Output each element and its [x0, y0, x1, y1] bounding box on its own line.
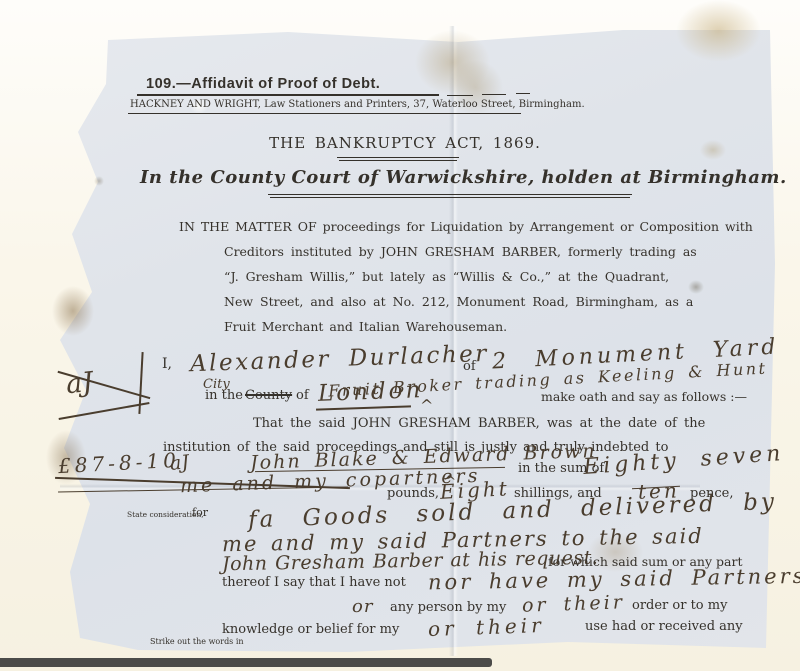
form-number-title: 109.—Affidavit of Proof of Debt.: [146, 76, 380, 92]
header-dash: [447, 95, 473, 96]
footnote-strike-out: Strike out the words in: [150, 637, 244, 646]
title-underline: [339, 160, 457, 161]
closing-hand3: or their: [428, 613, 545, 641]
header-rule: [128, 113, 521, 114]
printed-any-person: any person by my: [390, 600, 506, 615]
printed-use-had: use had or received any: [585, 619, 743, 634]
court-heading: In the County Court of Warwickshire, hol…: [140, 167, 660, 188]
matter-line: IN THE MATTER OF proceedings for Liquida…: [179, 219, 753, 234]
printed-of-label: of: [296, 388, 309, 403]
margin-initials: aJ: [64, 367, 94, 401]
printed-i-label: I,: [162, 356, 172, 372]
stain: [676, 0, 761, 62]
printed-oath-tail: make oath and say as follows :—: [541, 389, 747, 404]
printed-order: order or to my: [632, 598, 727, 613]
header-rule: [137, 94, 439, 96]
printed-knowledge: knowledge or belief for my: [222, 622, 399, 637]
scanned-affidavit-page: 109.—Affidavit of Proof of Debt. HACKNEY…: [0, 0, 800, 671]
title-underline: [337, 157, 459, 158]
court-underline: [268, 194, 632, 195]
matter-line: Fruit Merchant and Italian Warehouseman.: [224, 319, 507, 334]
closing-hand-or: or: [352, 596, 373, 617]
stain: [700, 140, 726, 160]
margin-initials: aJ: [169, 451, 190, 475]
printed-thereof: thereof I say that I have not: [222, 575, 406, 590]
header-dash: [482, 94, 506, 95]
printed-of-label: of: [463, 359, 476, 374]
header-dash: [516, 93, 530, 94]
place-handwritten: London: [318, 377, 424, 407]
stationer-imprint: HACKNEY AND WRIGHT, Law Stationers and P…: [130, 99, 585, 110]
stain: [688, 280, 704, 294]
debt-line1: That the said JOHN GRESHAM BARBER, was a…: [253, 416, 705, 431]
struck-word-county: County: [245, 388, 292, 403]
act-title: THE BANKRUPTCY ACT, 1869.: [255, 134, 555, 152]
printed-pounds: pounds,: [387, 486, 439, 501]
printed-for-label: for: [192, 506, 208, 519]
matter-line: New Street, and also at No. 212, Monumen…: [224, 294, 693, 309]
stain: [94, 176, 104, 186]
printed-in-the: in the: [205, 388, 243, 403]
matter-line: “J. Gresham Willis,” but lately as “Will…: [224, 269, 669, 284]
scan-artifact-bar: [0, 658, 492, 667]
stain: [52, 286, 94, 336]
court-underline: [270, 197, 630, 198]
caret-mark: ^: [420, 396, 433, 415]
matter-line: Creditors instituted by JOHN GRESHAM BAR…: [224, 244, 697, 259]
